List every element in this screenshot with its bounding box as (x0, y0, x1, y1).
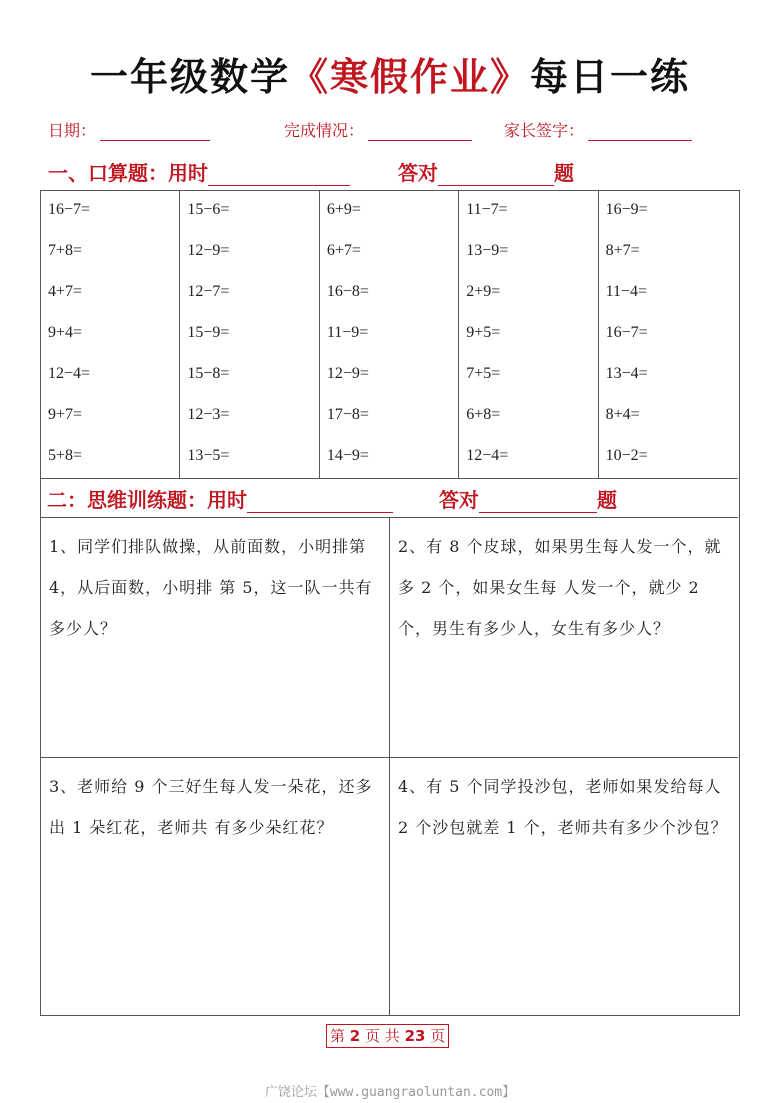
pager-pre: 第 (330, 1027, 345, 1045)
calc-column-1: 16−7= 7+8= 4+7= 9+4= 12−4= 9+7= 5+8= (41, 191, 180, 478)
title-highlight: 《寒假作业》 (290, 55, 530, 99)
pager-current: 2 (350, 1027, 360, 1045)
section2-correct-label: 答对 (439, 488, 479, 512)
section1-correct-label: 答对 (398, 161, 438, 185)
calc-item: 12−9= (327, 365, 458, 406)
parent-sign-label: 家长签字： (504, 118, 584, 141)
calc-item: 16−7= (606, 324, 738, 365)
calc-item: 11−4= (606, 283, 738, 324)
word-problems: 1、同学们排队做操，从前面数，小明排第 4，从后面数，小明排 第 5，这一队一共… (41, 518, 738, 1015)
section2-time-blank[interactable] (247, 490, 393, 513)
calc-item: 12−4= (48, 365, 179, 406)
calc-item: 9+4= (48, 324, 179, 365)
page-indicator: 第 2 页 共 23 页 (326, 1024, 449, 1048)
parent-sign-blank[interactable] (588, 122, 692, 141)
calc-item: 17−8= (327, 406, 458, 447)
section2-correct-blank[interactable] (479, 490, 597, 513)
worksheet-table: 16−7= 7+8= 4+7= 9+4= 12−4= 9+7= 5+8= 15−… (40, 190, 740, 1016)
calc-item: 12−7= (187, 283, 318, 324)
calc-item: 8+7= (606, 242, 738, 283)
calc-item: 16−9= (606, 201, 738, 242)
word-problem-2: 2、有 8 个皮球，如果男生每人发一个，就多 2 个，如果女生每 人发一个，就少… (390, 518, 738, 758)
section2-heading: 二：思维训练题：用时 答对题 (41, 478, 738, 518)
completion-field: 完成情况： (284, 118, 472, 141)
calc-item: 7+8= (48, 242, 179, 283)
calc-item: 16−7= (48, 201, 179, 242)
calc-column-2: 15−6= 12−9= 12−7= 15−9= 15−8= 12−3= 13−5… (180, 191, 319, 478)
calc-item: 15−8= (187, 365, 318, 406)
meta-row: 日期： 完成情况： 家长签字： (48, 118, 748, 144)
calc-item: 6+7= (327, 242, 458, 283)
completion-blank[interactable] (368, 122, 472, 141)
pager-post: 页 (430, 1027, 445, 1045)
calc-item: 11−7= (466, 201, 597, 242)
section1-title: 一、口算题：用时 (48, 161, 208, 185)
title-prefix: 一年级数学 (90, 55, 290, 99)
calc-item: 6+8= (466, 406, 597, 447)
calc-item: 15−9= (187, 324, 318, 365)
calc-item: 13−9= (466, 242, 597, 283)
calc-item: 4+7= (48, 283, 179, 324)
calc-item: 16−8= (327, 283, 458, 324)
word-problem-1: 1、同学们排队做操，从前面数，小明排第 4，从后面数，小明排 第 5，这一队一共… (41, 518, 390, 758)
calc-item: 13−4= (606, 365, 738, 406)
section1-correct-blank[interactable] (438, 163, 554, 186)
calc-column-4: 11−7= 13−9= 2+9= 9+5= 7+5= 6+8= 12−4= (459, 191, 598, 478)
calc-item: 9+5= (466, 324, 597, 365)
date-field: 日期： (48, 118, 210, 141)
pager-total: 23 (405, 1027, 426, 1045)
calc-item: 12−3= (187, 406, 318, 447)
calc-item: 12−9= (187, 242, 318, 283)
calc-item: 15−6= (187, 201, 318, 242)
calc-item: 11−9= (327, 324, 458, 365)
calc-column-3: 6+9= 6+7= 16−8= 11−9= 12−9= 17−8= 14−9= (320, 191, 459, 478)
section1-time-blank[interactable] (208, 163, 350, 186)
calc-item: 7+5= (466, 365, 597, 406)
title-suffix: 每日一练 (530, 55, 690, 99)
calc-item: 9+7= (48, 406, 179, 447)
section1-unit: 题 (554, 161, 574, 185)
date-blank[interactable] (100, 122, 210, 141)
word-problem-4: 4、有 5 个同学投沙包，老师如果发给每人 2 个沙包就差 1 个，老师共有多少… (390, 758, 738, 1015)
section1-heading: 一、口算题：用时 答对题 (48, 157, 748, 185)
pager-mid: 页 共 (365, 1027, 400, 1045)
section2-title: 二：思维训练题：用时 (47, 488, 247, 512)
calculation-grid: 16−7= 7+8= 4+7= 9+4= 12−4= 9+7= 5+8= 15−… (41, 191, 738, 479)
section2-unit: 题 (597, 488, 617, 512)
completion-label: 完成情况： (284, 118, 364, 141)
date-label: 日期： (48, 118, 96, 141)
word-problem-3: 3、老师给 9 个三好生每人发一朵花，还多出 1 朵红花，老师共 有多少朵红花？ (41, 758, 390, 1015)
calc-column-5: 16−9= 8+7= 11−4= 16−7= 13−4= 8+4= 10−2= (599, 191, 738, 478)
page-title: 一年级数学《寒假作业》每日一练 (0, 52, 780, 102)
watermark: 广饶论坛【www.guangraoluntan.com】 (0, 1081, 780, 1100)
calc-item: 2+9= (466, 283, 597, 324)
parent-sign-field: 家长签字： (504, 118, 692, 141)
calc-item: 6+9= (327, 201, 458, 242)
calc-item: 8+4= (606, 406, 738, 447)
